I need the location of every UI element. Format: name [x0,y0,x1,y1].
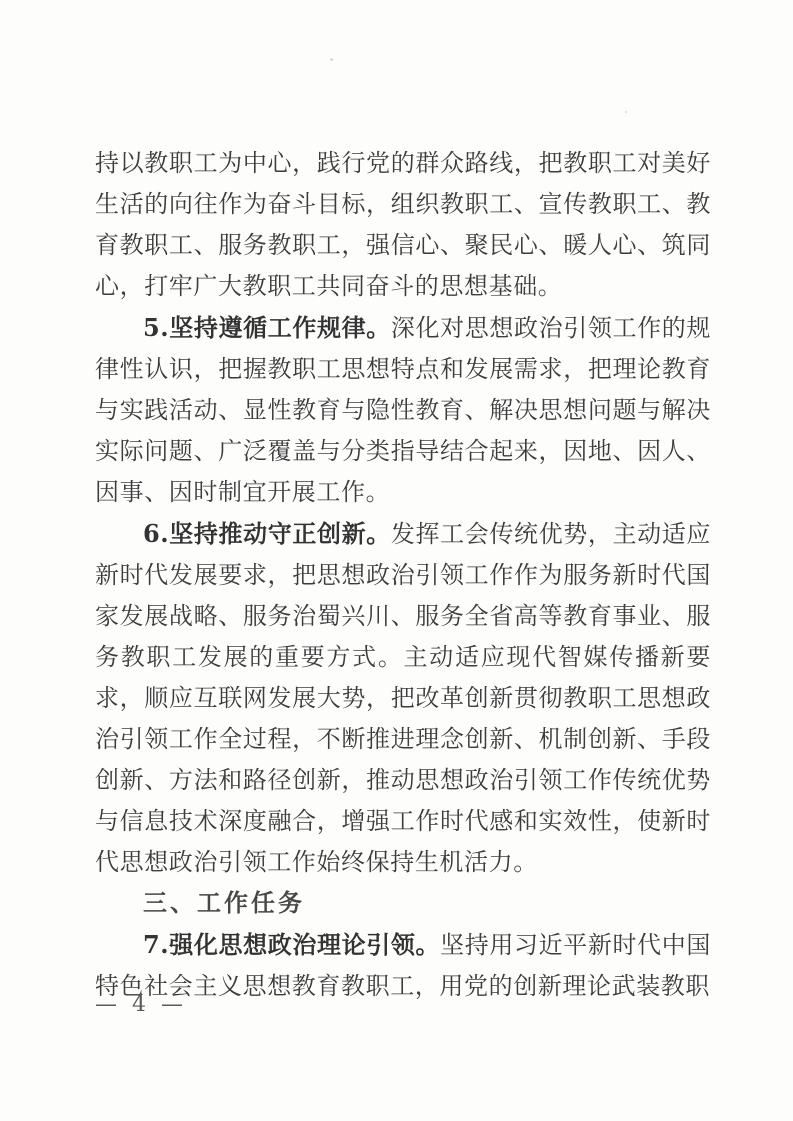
item-5-lead: 5.坚持遵循工作规律。 [143,313,391,342]
paragraph-continuation: 持以教职工为中心，践行党的群众路线，把教职工对美好生活的向往作为奋斗目标，组织教… [95,143,711,307]
section-heading-work-tasks: 三、工作任务 [95,883,711,924]
paragraph-text: 发挥工会传统优势，主动适应新时代发展要求，把思想政治引领工作作为服务新时代国家发… [95,520,711,876]
paragraph-text: 持以教职工为中心，践行党的群众路线，把教职工对美好生活的向往作为奋斗目标，组织教… [95,149,711,300]
paragraph-text: 深化对思想政治引领工作的规律性认识，把握教职工思想特点和发展需求，把理论教育与实… [95,314,711,506]
page-number: — 4 — [95,992,187,1017]
paragraph-item-7: 7.强化思想政治理论引领。坚持用习近平新时代中国特色社会主义思想教育教职工，用党… [95,924,711,1007]
scan-speck [625,111,627,113]
paragraph-item-5: 5.坚持遵循工作规律。深化对思想政治引领工作的规律性认识，把握教职工思想特点和发… [95,307,711,513]
scanned-document-page: 持以教职工为中心，践行党的群众路线，把教职工对美好生活的向往作为奋斗目标，组织教… [0,0,793,1121]
document-body: 持以教职工为中心，践行党的群众路线，把教职工对美好生活的向往作为奋斗目标，组织教… [95,143,711,1007]
scan-speck [330,58,333,61]
paragraph-item-6: 6.坚持推动守正创新。发挥工会传统优势，主动适应新时代发展要求，把思想政治引领工… [95,513,711,883]
item-7-lead: 7.强化思想政治理论引领。 [143,930,440,959]
item-6-lead: 6.坚持推动守正创新。 [143,519,391,548]
